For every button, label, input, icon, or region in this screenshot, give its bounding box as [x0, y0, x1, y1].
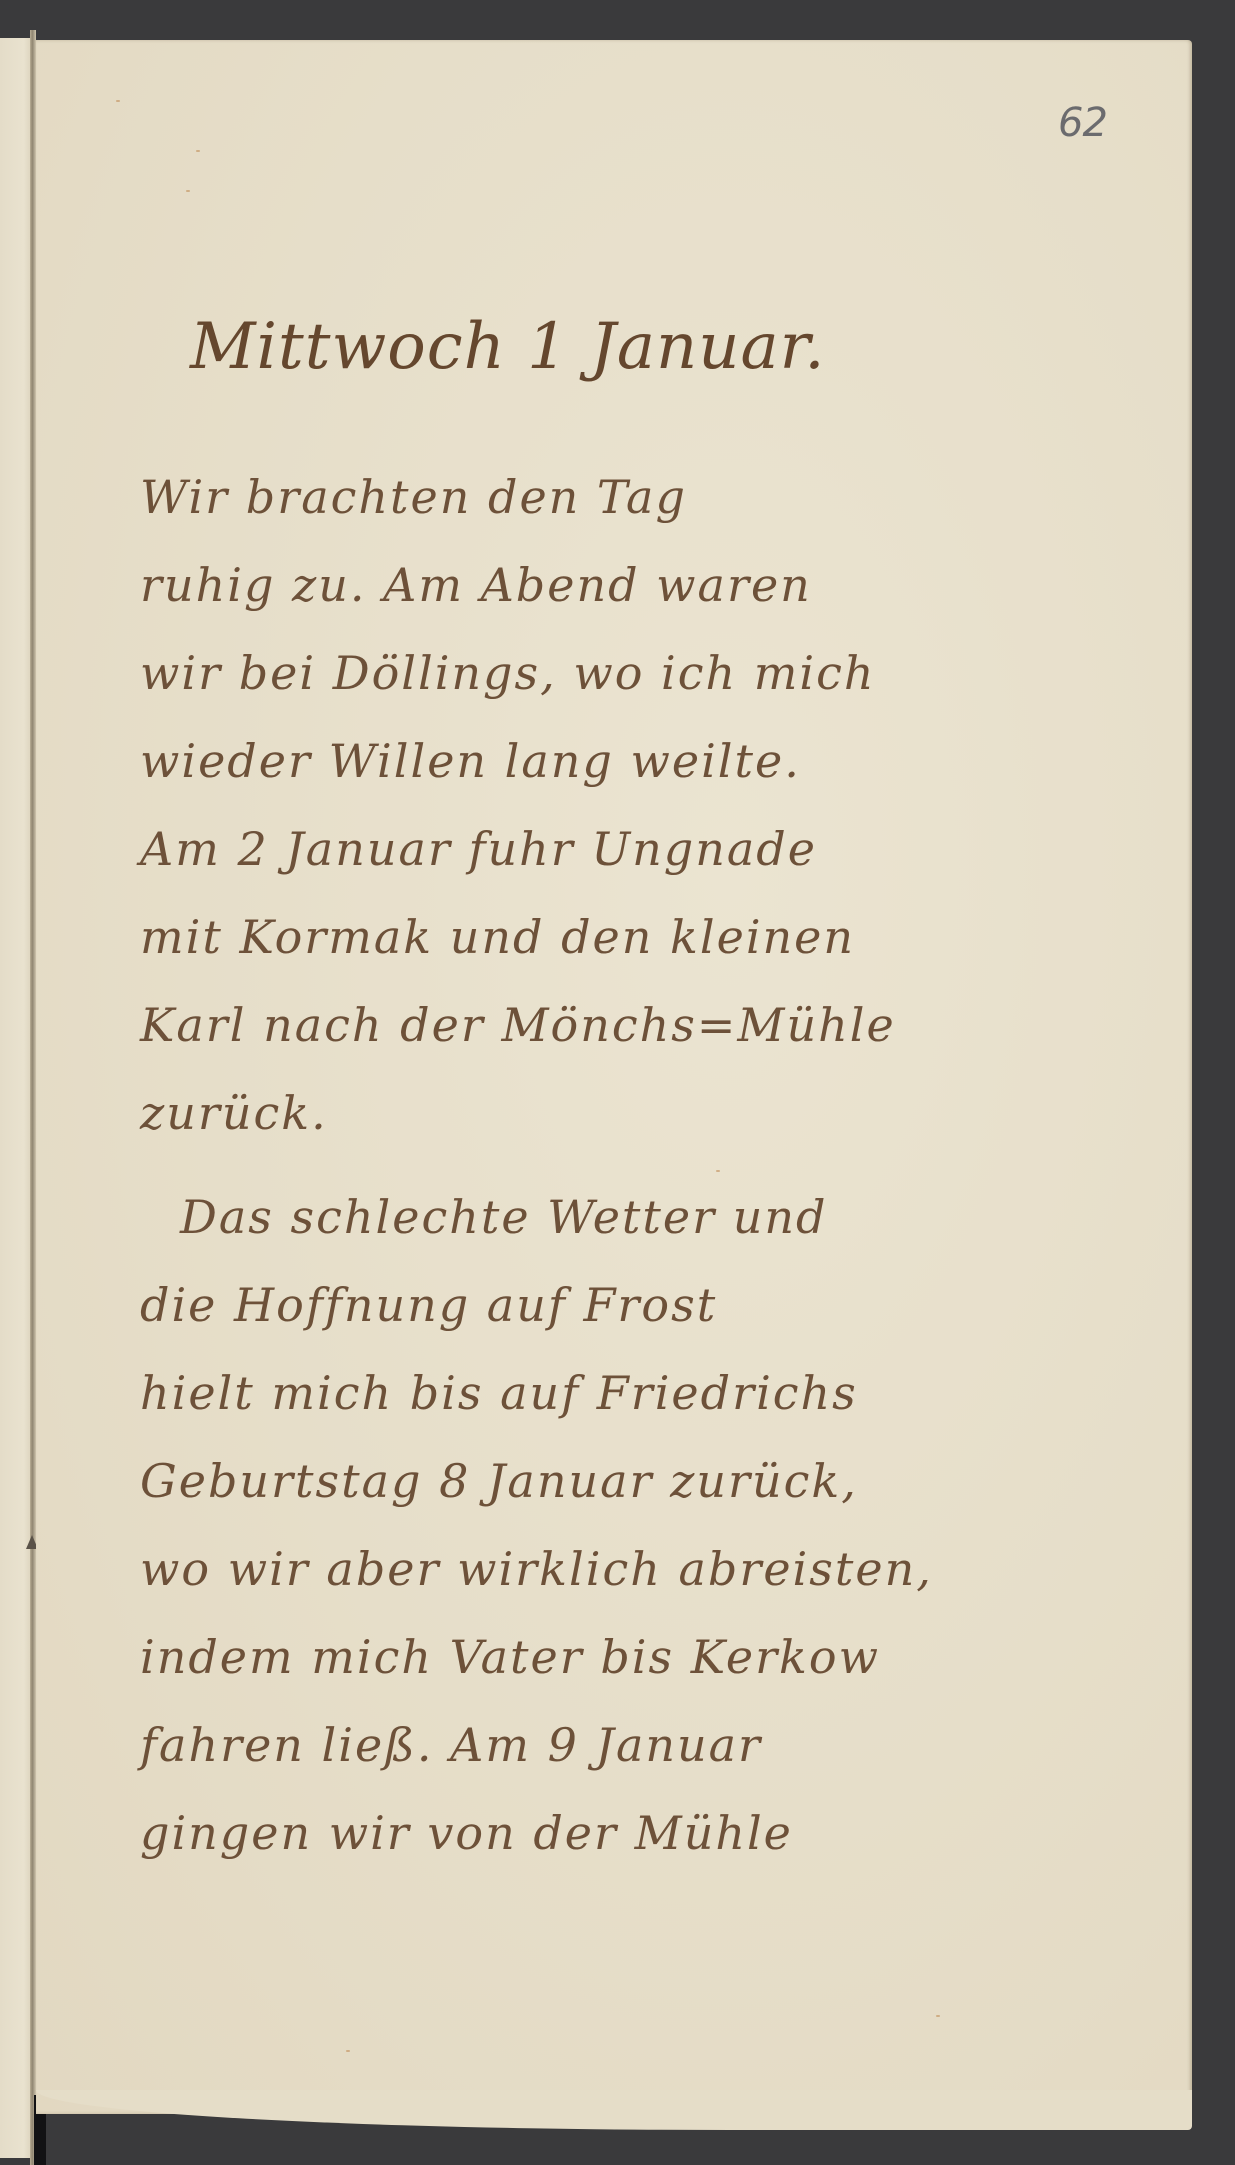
manuscript-line: wieder Willen lang weilte. — [140, 734, 801, 788]
manuscript-line: Das schlechte Wetter und — [180, 1190, 827, 1244]
manuscript-line: Wir brachten den Tag — [140, 470, 687, 524]
paper-speck — [716, 1170, 720, 1172]
manuscript-line: gingen wir von der Mühle — [140, 1806, 793, 1860]
manuscript-line: fahren ließ. Am 9 Januar — [140, 1718, 762, 1772]
facing-page-edge — [0, 38, 34, 2158]
manuscript-line: ruhig zu. Am Abend waren — [140, 558, 812, 612]
manuscript-line: Am 2 Januar fuhr Ungnade — [140, 822, 817, 876]
paper-speck — [116, 100, 120, 102]
manuscript-line: zurück. — [140, 1086, 328, 1140]
paper-speck — [936, 2015, 940, 2017]
paper-speck — [196, 150, 200, 152]
manuscript-line: wir bei Döllings, wo ich mich — [140, 646, 875, 700]
entry-heading: Mittwoch 1 Januar. — [190, 310, 826, 384]
manuscript-line: Geburtstag 8 Januar zurück, — [140, 1454, 858, 1508]
manuscript-line: indem mich Vater bis Kerkow — [140, 1630, 880, 1684]
paper-speck — [186, 190, 190, 192]
manuscript-line: hielt mich bis auf Friedrichs — [140, 1366, 858, 1420]
manuscript-line: die Hoffnung auf Frost — [140, 1278, 717, 1332]
manuscript-line: mit Kormak und den kleinen — [140, 910, 855, 964]
manuscript-line: wo wir aber wirklich abreisten, — [140, 1542, 933, 1596]
manuscript-line: Karl nach der Mönchs=Mühle — [140, 998, 896, 1052]
paper-speck — [346, 2050, 350, 2052]
page-number: 62 — [1058, 100, 1107, 146]
